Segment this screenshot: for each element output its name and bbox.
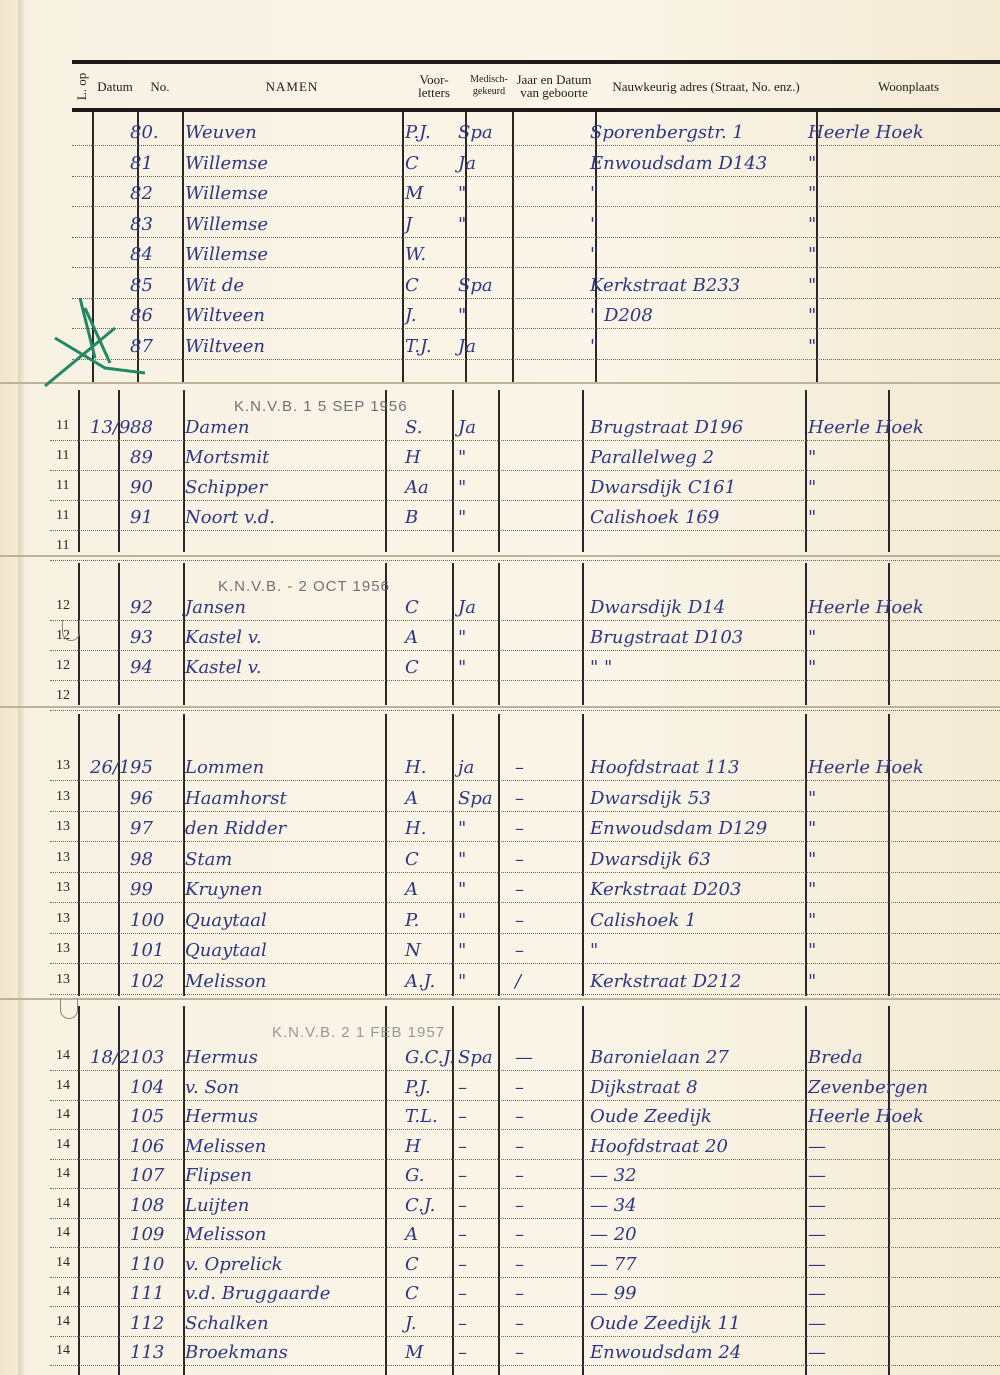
column-rule bbox=[118, 563, 120, 705]
column-rule bbox=[582, 390, 584, 552]
cell-med: – bbox=[458, 1196, 467, 1216]
cell-med: " bbox=[458, 658, 466, 678]
cell-plaats: Heerle Hoek bbox=[808, 1107, 924, 1127]
cell-naam: Jansen bbox=[185, 598, 246, 618]
cell-adres: — 32 bbox=[590, 1166, 637, 1186]
column-rule bbox=[582, 714, 584, 996]
cell-vl: H. bbox=[405, 758, 426, 778]
cell-med: " bbox=[458, 508, 466, 528]
cell-vl: J. bbox=[405, 1314, 417, 1334]
cell-lop: 11 bbox=[56, 538, 69, 554]
cell-naam: Stam bbox=[185, 850, 232, 870]
cell-plaats: " bbox=[808, 911, 816, 931]
cell-adres: Dwarsdijk 63 bbox=[590, 850, 711, 870]
cell-vl: C bbox=[405, 276, 419, 296]
cell-adres: Dijkstraat 8 bbox=[590, 1078, 698, 1098]
cell-lop: 11 bbox=[56, 418, 69, 434]
cell-geb: – bbox=[515, 850, 524, 870]
column-rule bbox=[78, 1006, 80, 1375]
cell-naam: Quaytaal bbox=[185, 941, 267, 961]
cell-lop: 14 bbox=[56, 1343, 70, 1359]
cell-adres: Sporenbergstr. 1 bbox=[590, 123, 744, 143]
knvb-stamp-2: K.N.V.B. - 2 OCT 1956 bbox=[218, 578, 390, 595]
cell-lop: 14 bbox=[56, 1048, 70, 1064]
cell-no: 106 bbox=[130, 1137, 164, 1157]
row-rule bbox=[50, 1188, 1000, 1189]
cell-geb: – bbox=[515, 1137, 524, 1157]
row-rule bbox=[50, 1129, 1000, 1130]
cell-plaats: " bbox=[808, 941, 816, 961]
cell-adres: Enwoudsdam D143 bbox=[590, 154, 767, 174]
cell-naam: Flipsen bbox=[185, 1166, 252, 1186]
cell-naam: Willemse bbox=[185, 215, 268, 235]
row-rule bbox=[50, 650, 1000, 651]
cell-lop: 13 bbox=[56, 850, 70, 866]
cell-geb: – bbox=[515, 1225, 524, 1245]
cell-plaats: " bbox=[808, 478, 816, 498]
cell-vl: Aa bbox=[405, 478, 429, 498]
cell-adres: Dwarsdijk 53 bbox=[590, 789, 711, 809]
cell-plaats: " bbox=[808, 276, 816, 296]
cell-no: 112 bbox=[130, 1314, 164, 1334]
cell-no: 103 bbox=[130, 1048, 164, 1068]
sheet-edge bbox=[0, 998, 1000, 1000]
cell-geb: – bbox=[515, 1196, 524, 1216]
cell-lop: 11 bbox=[56, 508, 69, 524]
cell-plaats: — bbox=[808, 1196, 826, 1216]
column-rule bbox=[888, 390, 890, 552]
cell-no: 107 bbox=[130, 1166, 164, 1186]
cell-geb: – bbox=[515, 758, 524, 778]
cell-plaats: " bbox=[808, 154, 816, 174]
cell-naam: Quaytaal bbox=[185, 911, 267, 931]
cell-datum: 18/2 bbox=[90, 1048, 130, 1068]
row-rule bbox=[50, 933, 1000, 934]
cell-geb: – bbox=[515, 941, 524, 961]
cell-lop: 14 bbox=[56, 1078, 70, 1094]
column-rule bbox=[452, 563, 454, 705]
row-rule bbox=[50, 1277, 1000, 1278]
cell-lop: 14 bbox=[56, 1314, 70, 1330]
cell-adres: Kerkstraat B233 bbox=[590, 276, 740, 296]
row-rule bbox=[50, 1365, 1000, 1366]
cell-naam: Wiltveen bbox=[185, 337, 265, 357]
cell-vl: A bbox=[405, 880, 418, 900]
sheet-edge bbox=[0, 382, 1000, 384]
cell-med: " bbox=[458, 850, 466, 870]
cell-med: " bbox=[458, 972, 466, 992]
cell-no: 90 bbox=[130, 478, 153, 498]
cell-naam: Melissen bbox=[185, 1137, 266, 1157]
cell-lop: 11 bbox=[56, 448, 69, 464]
cell-naam: Hermus bbox=[185, 1107, 258, 1127]
cell-lop: 13 bbox=[56, 819, 70, 835]
cell-lop: 11 bbox=[56, 478, 69, 494]
cell-vl: C bbox=[405, 598, 419, 618]
cell-naam: Willemse bbox=[185, 245, 268, 265]
cell-lop: 13 bbox=[56, 758, 70, 774]
cell-med: " bbox=[458, 911, 466, 931]
cell-plaats: — bbox=[808, 1255, 826, 1275]
sheet-edge bbox=[0, 706, 1000, 708]
cell-vl: N bbox=[405, 941, 421, 961]
cell-no: 111 bbox=[130, 1284, 164, 1304]
column-rule bbox=[805, 390, 807, 552]
cell-adres: Brugstraat D196 bbox=[590, 418, 743, 438]
punch-hole bbox=[60, 998, 78, 1019]
cell-lop: 14 bbox=[56, 1107, 70, 1123]
cell-geb: – bbox=[515, 1107, 524, 1127]
cell-plaats: " bbox=[808, 658, 816, 678]
cell-plaats: " bbox=[808, 850, 816, 870]
column-rule bbox=[512, 112, 514, 382]
column-rule bbox=[385, 1006, 387, 1375]
cell-med: – bbox=[458, 1225, 467, 1245]
cell-med: – bbox=[458, 1166, 467, 1186]
cell-vl: G. bbox=[405, 1166, 424, 1186]
cell-geb: – bbox=[515, 819, 524, 839]
cell-adres: — 77 bbox=[590, 1255, 637, 1275]
cell-no: 99 bbox=[130, 880, 153, 900]
cell-no: 102 bbox=[130, 972, 164, 992]
row-rule bbox=[50, 780, 1000, 781]
cell-med: Ja bbox=[458, 418, 476, 438]
cell-no: 83 bbox=[130, 215, 153, 235]
cell-lop: 12 bbox=[56, 598, 70, 614]
cell-adres: Kerkstraat D212 bbox=[590, 972, 741, 992]
cell-no: 104 bbox=[130, 1078, 164, 1098]
cell-plaats: " bbox=[808, 880, 816, 900]
cell-adres: Oude Zeedijk bbox=[590, 1107, 712, 1127]
row-rule bbox=[50, 680, 1000, 681]
column-rule bbox=[498, 390, 500, 552]
cell-adres: Calishoek 1 bbox=[590, 911, 696, 931]
cell-lop: 13 bbox=[56, 941, 70, 957]
cell-naam: Broekmans bbox=[185, 1343, 288, 1363]
cell-naam: Kruynen bbox=[185, 880, 263, 900]
cell-lop: 14 bbox=[56, 1137, 70, 1153]
cell-plaats: Heerle Hoek bbox=[808, 598, 924, 618]
cell-no: 97 bbox=[130, 819, 153, 839]
cell-plaats: " bbox=[808, 245, 816, 265]
column-rule bbox=[452, 714, 454, 996]
cell-plaats: Zevenbergen bbox=[808, 1078, 928, 1098]
column-rule bbox=[582, 1006, 584, 1375]
cell-adres: Dwarsdijk C161 bbox=[590, 478, 736, 498]
header-woonplaats: Woonplaats bbox=[817, 64, 1000, 108]
cell-no: 91 bbox=[130, 508, 153, 528]
cell-med: Spa bbox=[458, 123, 493, 143]
row-rule bbox=[50, 710, 1000, 711]
cell-naam: Hermus bbox=[185, 1048, 258, 1068]
cell-vl: A bbox=[405, 628, 418, 648]
row-rule bbox=[50, 1306, 1000, 1307]
cell-lop: 14 bbox=[56, 1196, 70, 1212]
cell-med: " bbox=[458, 941, 466, 961]
cell-geb: / bbox=[515, 972, 521, 992]
cell-geb: – bbox=[515, 1166, 524, 1186]
cell-vl: C bbox=[405, 850, 419, 870]
cell-no: 84 bbox=[130, 245, 153, 265]
cell-adres: " bbox=[590, 337, 598, 357]
knvb-stamp-1: K.N.V.B. 1 5 SEP 1956 bbox=[234, 398, 408, 415]
cell-plaats: " bbox=[808, 508, 816, 528]
cell-vl: W. bbox=[405, 245, 426, 265]
row-rule bbox=[72, 237, 1000, 238]
cell-plaats: — bbox=[808, 1137, 826, 1157]
cell-med: Ja bbox=[458, 154, 476, 174]
cell-plaats: — bbox=[808, 1314, 826, 1334]
header-geboorte: Jaar en Datum van geboorte bbox=[513, 64, 595, 108]
cell-no: 88 bbox=[130, 418, 153, 438]
cell-vl: A bbox=[405, 789, 418, 809]
cell-no: 110 bbox=[130, 1255, 164, 1275]
cell-med: " bbox=[458, 478, 466, 498]
cell-plaats: " bbox=[808, 448, 816, 468]
cell-no: 89 bbox=[130, 448, 153, 468]
cell-adres: Oude Zeedijk 11 bbox=[590, 1314, 740, 1334]
cell-med: ja bbox=[458, 758, 474, 778]
cell-no: 101 bbox=[130, 941, 164, 961]
row-rule bbox=[50, 1218, 1000, 1219]
cell-adres: Kerkstraat D203 bbox=[590, 880, 741, 900]
cell-vl: H bbox=[405, 1137, 421, 1157]
cell-adres: Enwoudsdam D129 bbox=[590, 819, 767, 839]
cell-adres: Hoofdstraat 113 bbox=[590, 758, 739, 778]
cell-plaats: Heerle Hoek bbox=[808, 758, 924, 778]
cell-adres: — 20 bbox=[590, 1225, 637, 1245]
cell-naam: Schipper bbox=[185, 478, 267, 498]
cell-vl: S. bbox=[405, 418, 422, 438]
cell-plaats: " bbox=[808, 789, 816, 809]
cell-med: " bbox=[458, 628, 466, 648]
cell-no: 95 bbox=[130, 758, 153, 778]
cell-naam: Kastel v. bbox=[185, 658, 262, 678]
cell-adres: " " bbox=[590, 658, 612, 678]
cell-no: 82 bbox=[130, 184, 153, 204]
cell-no: 100 bbox=[130, 911, 164, 931]
cell-med: – bbox=[458, 1314, 467, 1334]
column-rule bbox=[888, 563, 890, 705]
column-rule bbox=[452, 390, 454, 552]
cell-naam: Wit de bbox=[185, 276, 244, 296]
cell-adres: " bbox=[590, 215, 598, 235]
column-rule bbox=[78, 714, 80, 996]
cell-plaats: " bbox=[808, 337, 816, 357]
row-rule bbox=[50, 530, 1000, 531]
cell-adres: Hoofdstraat 20 bbox=[590, 1137, 728, 1157]
column-rule bbox=[805, 563, 807, 705]
cell-geb: – bbox=[515, 880, 524, 900]
cell-vl: C bbox=[405, 658, 419, 678]
cell-lop: 13 bbox=[56, 911, 70, 927]
cell-naam: den Ridder bbox=[185, 819, 286, 839]
column-rule bbox=[582, 563, 584, 705]
cell-naam: Noort v.d. bbox=[185, 508, 275, 528]
sheet-edge bbox=[0, 555, 1000, 557]
cell-geb: – bbox=[515, 911, 524, 931]
cell-med: Spa bbox=[458, 276, 493, 296]
header-medisch: Medisch- gekeurd bbox=[466, 64, 512, 108]
cell-no: 92 bbox=[130, 598, 153, 618]
header-adres: Nauwkeurig adres (Straat, No. enz.) bbox=[596, 64, 816, 108]
column-rule bbox=[805, 1006, 807, 1375]
cell-geb: – bbox=[515, 1314, 524, 1334]
row-rule bbox=[50, 1247, 1000, 1248]
cell-naam: Mortsmit bbox=[185, 448, 269, 468]
row-rule bbox=[50, 440, 1000, 441]
cell-med: " bbox=[458, 819, 466, 839]
row-rule bbox=[72, 267, 1000, 268]
cell-naam: Melisson bbox=[185, 1225, 267, 1245]
cell-vl: P.J. bbox=[405, 1078, 431, 1098]
cell-lop: 14 bbox=[56, 1225, 70, 1241]
cell-med: – bbox=[458, 1137, 467, 1157]
cell-adres: " bbox=[590, 941, 598, 961]
cell-plaats: " bbox=[808, 306, 816, 326]
cell-vl: T.L. bbox=[405, 1107, 438, 1127]
cell-plaats: — bbox=[808, 1166, 826, 1186]
cell-no: 96 bbox=[130, 789, 153, 809]
cell-naam: Weuven bbox=[185, 123, 257, 143]
header-namen: NAMEN bbox=[182, 64, 402, 108]
row-rule bbox=[50, 902, 1000, 903]
row-rule bbox=[72, 206, 1000, 207]
row-rule bbox=[50, 1100, 1000, 1101]
cell-adres: Baronielaan 27 bbox=[590, 1048, 729, 1068]
cell-adres: " bbox=[590, 245, 598, 265]
header-datum: Datum bbox=[93, 64, 137, 108]
cell-plaats: — bbox=[808, 1225, 826, 1245]
cell-vl: M bbox=[405, 1343, 423, 1363]
cell-plaats: " bbox=[808, 628, 816, 648]
cell-med: Spa bbox=[458, 789, 493, 809]
cell-datum: 26/1 bbox=[90, 758, 130, 778]
cell-naam: v. Son bbox=[185, 1078, 239, 1098]
cell-plaats: Heerle Hoek bbox=[808, 123, 924, 143]
header-no: No. bbox=[138, 64, 182, 108]
cell-naam: Luijten bbox=[185, 1196, 249, 1216]
cell-no: 113 bbox=[130, 1343, 164, 1363]
row-rule bbox=[50, 470, 1000, 471]
cell-adres: — 99 bbox=[590, 1284, 637, 1304]
cell-geb: – bbox=[515, 789, 524, 809]
cell-med: Ja bbox=[458, 337, 476, 357]
cell-geb: – bbox=[515, 1255, 524, 1275]
cell-vl: T.J. bbox=[405, 337, 432, 357]
cell-no: 94 bbox=[130, 658, 153, 678]
cell-vl: M bbox=[405, 184, 423, 204]
cell-no: 109 bbox=[130, 1225, 164, 1245]
row-rule bbox=[72, 298, 1000, 299]
cell-naam: Schalken bbox=[185, 1314, 269, 1334]
row-rule bbox=[72, 145, 1000, 146]
cell-adres: Calishoek 169 bbox=[590, 508, 719, 528]
cell-lop: 13 bbox=[56, 972, 70, 988]
cell-adres: Parallelweg 2 bbox=[590, 448, 714, 468]
cell-plaats: " bbox=[808, 184, 816, 204]
column-rule bbox=[498, 563, 500, 705]
column-rule bbox=[385, 714, 387, 996]
row-rule bbox=[50, 872, 1000, 873]
cell-med: Ja bbox=[458, 598, 476, 618]
cell-lop: 13 bbox=[56, 789, 70, 805]
cell-naam: Damen bbox=[185, 418, 249, 438]
cell-med: – bbox=[458, 1343, 467, 1363]
cell-lop: 14 bbox=[56, 1284, 70, 1300]
row-rule bbox=[50, 841, 1000, 842]
column-rule bbox=[402, 112, 404, 382]
cell-vl: J. bbox=[405, 306, 417, 326]
column-rule bbox=[182, 112, 184, 382]
cell-naam: Kastel v. bbox=[185, 628, 262, 648]
cell-plaats: — bbox=[808, 1284, 826, 1304]
cell-lop: 13 bbox=[56, 880, 70, 896]
cell-vl: J bbox=[405, 215, 412, 235]
cell-plaats: " bbox=[808, 215, 816, 235]
cell-naam: v. Oprelick bbox=[185, 1255, 283, 1275]
row-rule bbox=[72, 176, 1000, 177]
cell-datum: 13/9 bbox=[90, 418, 130, 438]
column-rule bbox=[888, 1006, 890, 1375]
cell-vl: H. bbox=[405, 819, 426, 839]
row-rule bbox=[50, 560, 1000, 561]
row-rule bbox=[50, 963, 1000, 964]
cell-geb: – bbox=[515, 1284, 524, 1304]
cell-no: 80. bbox=[130, 123, 159, 143]
row-rule bbox=[50, 811, 1000, 812]
cell-geb: — bbox=[515, 1048, 533, 1068]
cell-no: 81 bbox=[130, 154, 153, 174]
cell-no: 105 bbox=[130, 1107, 164, 1127]
cell-no: 93 bbox=[130, 628, 153, 648]
cell-geb: – bbox=[515, 1078, 524, 1098]
cell-vl: C bbox=[405, 1284, 419, 1304]
cell-plaats: " bbox=[808, 972, 816, 992]
header-lop: L. op bbox=[72, 64, 92, 108]
row-rule bbox=[50, 500, 1000, 501]
cell-naam: Lommen bbox=[185, 758, 264, 778]
cell-plaats: " bbox=[808, 819, 816, 839]
column-rule bbox=[78, 390, 80, 552]
cell-plaats: Heerle Hoek bbox=[808, 418, 924, 438]
row-rule bbox=[50, 620, 1000, 621]
cell-no: 108 bbox=[130, 1196, 164, 1216]
cell-med: " bbox=[458, 306, 466, 326]
row-rule bbox=[50, 1159, 1000, 1160]
cell-vl: H bbox=[405, 448, 421, 468]
cell-med: – bbox=[458, 1255, 467, 1275]
punch-hole bbox=[62, 620, 80, 641]
column-rule bbox=[118, 390, 120, 552]
cell-vl: A bbox=[405, 1225, 418, 1245]
cell-med: Spa bbox=[458, 1048, 493, 1068]
column-rule bbox=[805, 714, 807, 996]
cell-vl: P. bbox=[405, 911, 419, 931]
knvb-stamp-3: K.N.V.B. 2 1 FEB 1957 bbox=[272, 1024, 445, 1041]
header-voorletters: Voor- letters bbox=[403, 64, 465, 108]
cell-naam: Haamhorst bbox=[185, 789, 287, 809]
column-rule bbox=[498, 714, 500, 996]
cell-lop: 14 bbox=[56, 1166, 70, 1182]
cell-naam: Willemse bbox=[185, 184, 268, 204]
binding-edge bbox=[18, 0, 24, 1375]
cell-lop: 12 bbox=[56, 658, 70, 674]
cell-lop: 14 bbox=[56, 1255, 70, 1271]
cell-adres: Brugstraat D103 bbox=[590, 628, 743, 648]
cell-vl: C bbox=[405, 154, 419, 174]
cell-adres: " D208 bbox=[590, 306, 653, 326]
